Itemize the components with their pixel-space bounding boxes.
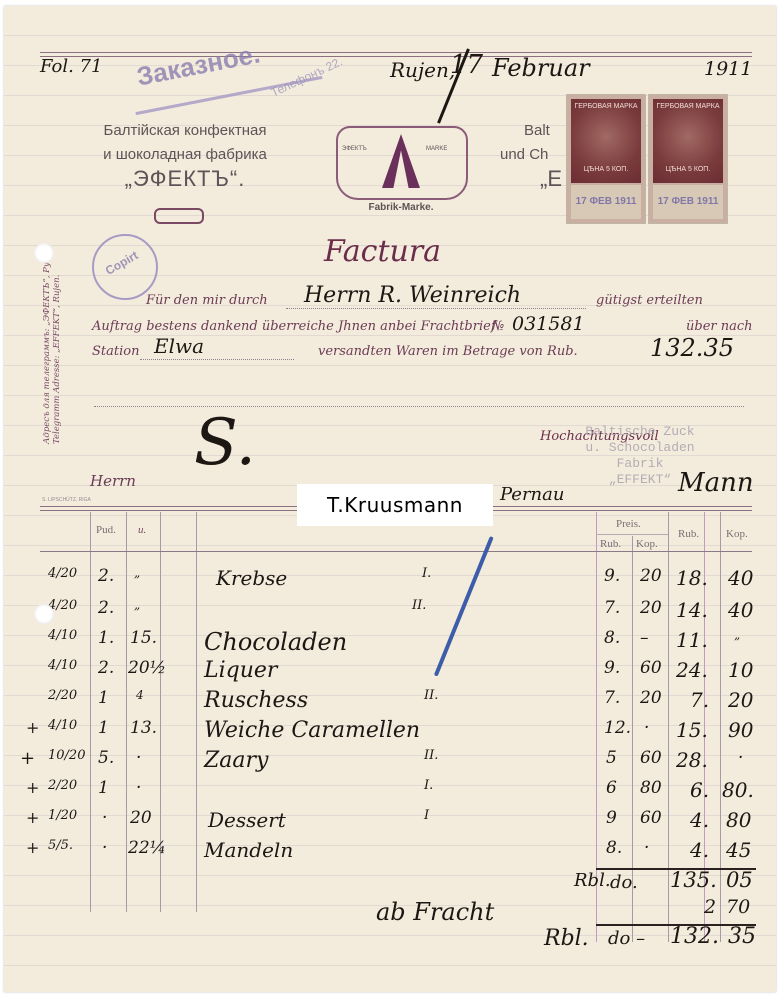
table-row: + 4/10 1 13. Weiche Caramellen 12. · 15.…	[4, 718, 776, 747]
invoice-sheet: Fol. 71 Заказное. Телефонъ 22. Rujen, 17…	[4, 6, 776, 992]
table-row: + 1/20 · 20 Dessert I 9 60 4. 80	[4, 808, 776, 837]
telephone-stamp: Телефонъ 22.	[269, 54, 345, 99]
col-header-pfund: u.	[138, 524, 146, 536]
place: Rujen,	[390, 58, 455, 82]
addressee-place: Pernau	[500, 484, 564, 505]
printer-mark: S. LIPSCHÜTZ, RIGA	[42, 497, 91, 503]
subtotal-rub: 135.	[670, 868, 717, 892]
total-label: Rbl.	[544, 926, 589, 951]
revenue-stamp-1: ГЕРБОВАЯ МАРКАЦѢНА 5 КОП. 17 ФЕВ 1911	[566, 94, 646, 224]
total-kop: 35	[728, 924, 756, 949]
station-label: Station	[92, 344, 139, 359]
freight-label: ab Fracht	[376, 898, 494, 926]
folio-number: Fol. 71	[40, 56, 102, 77]
addressee-initial: S.	[194, 406, 256, 480]
agent-name-handwritten: Herrn R. Weinreich	[304, 283, 521, 308]
trademark-emblem: ЭФЕКТЪ MARKE	[336, 126, 468, 200]
body-line1-suffix: gütigst erteilten	[596, 293, 703, 308]
company-de-line2: und Ch	[500, 146, 548, 163]
trademark-a-icon	[382, 134, 420, 188]
stamp-cancel-1: 17 ФЕВ 1911	[571, 185, 641, 219]
table-row: 4/10 1. 15. Chocoladen 8. – 11. „	[4, 628, 776, 657]
punch-hole	[34, 243, 54, 263]
addressee-prefix: Herrn	[90, 472, 136, 490]
table-row: + 2/20 1 · I. 6 80 6. 80.	[4, 778, 776, 807]
date-month: Februar	[492, 54, 590, 82]
col-header-rub: Rub.	[678, 528, 699, 540]
subtotal-ditto: do.	[610, 872, 638, 893]
station-handwritten: Elwa	[154, 334, 204, 358]
table-row: 4/10 2. 20½ Liquer 9. 60 24. 10	[4, 658, 776, 687]
dotted-line	[140, 359, 294, 360]
col-header-kop: Kop.	[726, 528, 748, 540]
date-year: 1911	[704, 58, 752, 80]
total-ditto: do –	[608, 928, 645, 949]
revenue-stamp-2: ГЕРБОВАЯ МАРКАЦѢНА 5 КОП. 17 ФЕВ 1911	[648, 94, 728, 224]
preis-subrule	[596, 534, 668, 535]
header-rule	[40, 551, 752, 552]
col-header-pud: Pud.	[96, 524, 116, 536]
body-line2-suffix: über nach	[686, 319, 753, 334]
copied-stamp: Copirt	[92, 234, 158, 300]
body-line1-prefix: Für den mir durch	[146, 293, 268, 308]
dotted-line	[94, 406, 744, 407]
company-ru-line2: и шоколадная фабрика	[70, 146, 300, 163]
trademark-text-right: MARKE	[426, 146, 447, 152]
punch-hole	[34, 604, 54, 624]
freight-rub: 2	[704, 896, 716, 918]
total-rub: 132.	[670, 924, 719, 949]
registered-stamp: Заказное.	[134, 38, 262, 92]
dotted-line	[286, 308, 586, 309]
table-row: 2/20 1 4 Ruschess II. 7. 20 7. 20	[4, 688, 776, 717]
stamp-cancel-2: 17 ФЕВ 1911	[653, 185, 723, 219]
frachtbrief-label: №	[492, 319, 504, 334]
trademark-text-left: ЭФЕКТЪ	[342, 146, 367, 152]
frachtbrief-number: 031581	[512, 313, 585, 335]
col-header-preis-kop: Kop.	[636, 538, 658, 550]
col-header-preis: Preis.	[616, 518, 641, 530]
table-row: 4/20 2. „ II. 7. 20 14. 40	[4, 598, 776, 627]
signature: Mann	[678, 468, 754, 498]
col-header-preis-rub: Rub.	[600, 538, 621, 550]
ornament-icon	[154, 208, 204, 224]
company-de-line1: Balt	[524, 122, 550, 139]
table-row: 4/20 2. „ Krebse I. 9. 20 18. 40	[4, 566, 776, 595]
table-row: + 10/20 5. · Zaary II. 5 60 28. ·	[4, 748, 776, 777]
table-row: + 5/5. · 22¼ Mandeln 8. · 4. 45	[4, 838, 776, 867]
trademark-label: Fabrik-Marke.	[356, 202, 446, 213]
redaction-label: T.Kruusmann	[297, 484, 493, 526]
body-line2-prefix: Auftrag bestens dankend überreiche Jhnen…	[92, 319, 496, 334]
document-title: Factura	[324, 234, 441, 269]
company-ru-name: „ЭФЕКТЪ“.	[70, 166, 300, 192]
subtotal-label: Rbl.	[574, 870, 611, 891]
company-ru-line1: Балтiйская конфектная	[70, 122, 300, 139]
body-line3: versandten Waren im Betrage von Rub.	[318, 344, 578, 359]
company-de-name: „E	[540, 166, 562, 192]
subtotal-kop: 05	[726, 868, 753, 892]
freight-kop: 70	[726, 896, 750, 918]
total-amount-handwritten: 132.35	[650, 334, 734, 362]
top-rule	[40, 52, 752, 57]
